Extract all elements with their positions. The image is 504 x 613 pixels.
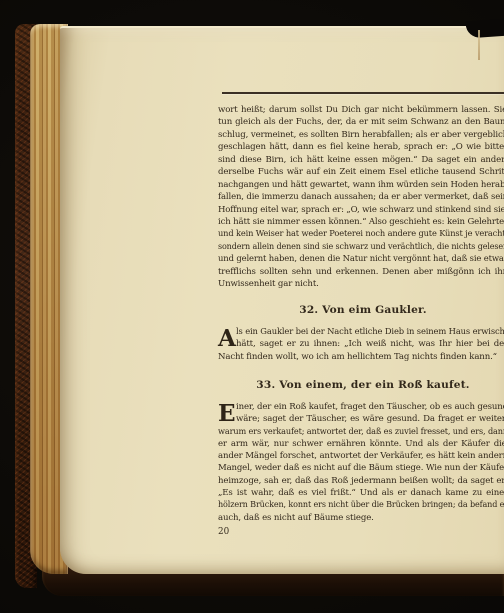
text-line: hätt, saget er zu ihnen: „Ich weiß nicht… <box>218 338 504 351</box>
text-line: sind diese Birn, ich hätt keine essen mö… <box>218 154 504 166</box>
drop-cap-initial-a: A <box>218 327 236 350</box>
section-33-paragraph: E iner, der ein Roß kaufet, fraget den T… <box>218 401 504 524</box>
text-line: heimzoge, sah er, daß das Roß jedermann … <box>218 475 504 487</box>
text-divider-rule <box>222 92 504 94</box>
text-line: und gelernt haben, denen die Natur nicht… <box>218 253 504 265</box>
text-line: geschlagen hätt, dann es fiel keine hera… <box>218 141 504 153</box>
text-line: nachgangen und hätt gewartet, wann ihm w… <box>218 179 504 191</box>
text-line: ls ein Gaukler bei der Nacht etliche Die… <box>218 326 504 339</box>
section-heading-32: 32. Von eim Gaukler. <box>218 304 504 317</box>
text-line: ich hätt sie nimmer essen können.“ Also … <box>218 216 504 228</box>
text-line: fallen, die immerzu danach aussahen; da … <box>218 191 504 203</box>
book-page: wort heißt; darum sollst Du Dich gar nic… <box>60 26 504 574</box>
text-line: wäre; saget der Täuscher, es wäre gesund… <box>218 413 504 425</box>
text-line: er arm wär, nur schwer ernähren könnte. … <box>218 438 504 450</box>
page-corner-shadow <box>465 18 504 38</box>
continuation-paragraph: wort heißt; darum sollst Du Dich gar nic… <box>218 104 504 291</box>
text-line: tun gleich als der Fuchs, der, da er mit… <box>218 116 504 128</box>
text-line: Hoffnung eitel war, sprach er: „O, wie s… <box>218 204 504 216</box>
section-32-paragraph: A ls ein Gaukler bei der Nacht etliche D… <box>218 326 504 364</box>
text-line: Mangel, weder daß es nicht auf die Bäum … <box>218 462 504 474</box>
text-line: iner, der ein Roß kaufet, fraget den Täu… <box>218 401 504 413</box>
text-line: Unwissenheit gar nicht. <box>218 278 504 290</box>
section-heading-33: 33. Von einem, der ein Roß kaufet. <box>218 379 504 392</box>
page-content: wort heißt; darum sollst Du Dich gar nic… <box>218 92 504 537</box>
drop-cap-initial-e: E <box>218 402 236 425</box>
text-line: schlug, vermeinet, es sollten Birn herab… <box>218 129 504 141</box>
text-line: und kein Weiser hat weder Poeterei noch … <box>218 228 504 240</box>
page-number: 20 <box>218 527 504 537</box>
text-line: „Es ist wahr, daß es viel frißt.“ Und al… <box>218 487 504 499</box>
underlying-page-edge <box>478 30 480 60</box>
text-line: trefflichs sollten sehn und erkennen. De… <box>218 266 504 278</box>
text-line: wort heißt; darum sollst Du Dich gar nic… <box>218 104 504 116</box>
text-line: Nacht finden wollt, wo ich am hellichtem… <box>218 351 504 364</box>
text-line: warum ers verkaufet; antwortet der, daß … <box>218 426 504 438</box>
text-line: hölzern Brücken, konnt ers nicht über di… <box>218 499 504 511</box>
text-line: auch, daß es nicht auf Bäume stiege. <box>218 512 504 524</box>
text-line: sondern allein denen sind sie schwarz un… <box>218 241 504 253</box>
photo-background: wort heißt; darum sollst Du Dich gar nic… <box>0 0 504 613</box>
text-line: derselbe Fuchs wär auf ein Zeit einem Es… <box>218 166 504 178</box>
text-line: ander Mängel forschet, antwortet der Ver… <box>218 450 504 462</box>
